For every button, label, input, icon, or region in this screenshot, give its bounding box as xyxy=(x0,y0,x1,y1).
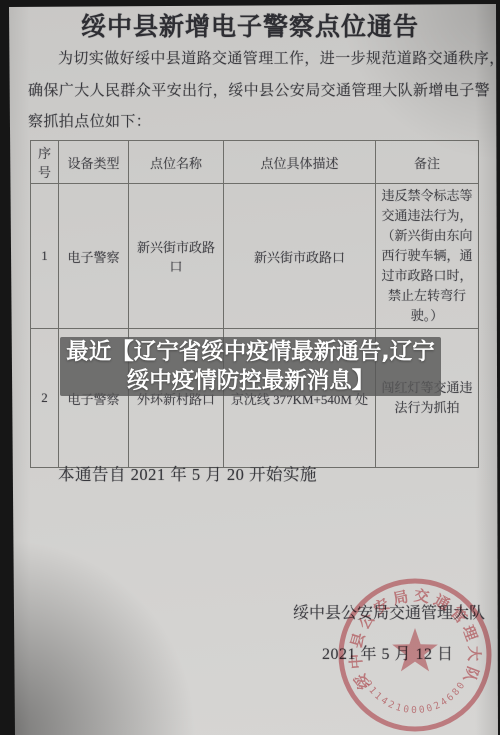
header-remark: 备注 xyxy=(376,141,479,184)
intro-line-3: 察抓拍点位如下： xyxy=(28,107,480,139)
subtitle-overlay: 最近【辽宁省绥中疫情最新通告,辽宁 绥中疫情防控最新消息】 xyxy=(60,337,441,396)
cell-remark: 违反禁令标志等交通违法行为，（新兴街由东向西行驶车辆，通过市政路口时，禁止左转弯… xyxy=(376,184,479,329)
subtitle-line-1: 最近【辽宁省绥中疫情最新通告,辽宁 xyxy=(66,338,435,367)
header-serial: 序号 xyxy=(31,141,59,184)
photographed-notice: 绥中县新增电子警察点位通告 为切实做好绥中县道路交通管理工作，进一步规范道路交通… xyxy=(0,0,500,735)
table-row: 1 电子警察 新兴街市政路口 新兴街市政路口 违反禁令标志等交通违法行为，（新兴… xyxy=(31,184,479,329)
official-stamp: 绥中县公安局交通管理大队 211421000024680 xyxy=(330,570,500,735)
cell-point-name: 新兴街市政路口 xyxy=(129,184,224,329)
cell-point-description: 新兴街市政路口 xyxy=(224,184,376,329)
cell-serial: 1 xyxy=(31,184,59,329)
table-header-row: 序号 设备类型 点位名称 点位具体描述 备注 xyxy=(31,141,479,184)
subtitle-line-2: 绥中疫情防控最新消息】 xyxy=(127,367,375,396)
camera-points-table: 序号 设备类型 点位名称 点位具体描述 备注 1 电子警察 新兴街市政路口 新兴… xyxy=(30,140,479,468)
header-device-type: 设备类型 xyxy=(59,141,129,184)
header-point-name: 点位名称 xyxy=(129,141,224,184)
effective-date-line: 本通告自 2021 年 5 月 20 开始实施 xyxy=(58,461,317,485)
paper-sheet: 绥中县新增电子警察点位通告 为切实做好绥中县道路交通管理工作，进一步规范道路交通… xyxy=(0,0,500,735)
svg-text:211421000024680: 211421000024680 xyxy=(362,678,469,716)
intro-line-2: 确保广大人民群众平安出行，绥中县公安局交通管理大队新增电子警 xyxy=(28,76,480,108)
notice-intro: 为切实做好绥中县道路交通管理工作，进一步规范道路交通秩序， 确保广大人民群众平安… xyxy=(28,44,480,139)
stamp-star-icon xyxy=(392,628,438,671)
cell-device-type: 电子警察 xyxy=(59,184,129,329)
notice-title: 绥中县新增电子警察点位通告 xyxy=(0,7,500,43)
cell-serial: 2 xyxy=(31,329,59,468)
stamp-code: 211421000024680 xyxy=(362,678,469,716)
header-point-description: 点位具体描述 xyxy=(224,141,376,184)
intro-line-1: 为切实做好绥中县道路交通管理工作，进一步规范道路交通秩序， xyxy=(28,44,480,76)
